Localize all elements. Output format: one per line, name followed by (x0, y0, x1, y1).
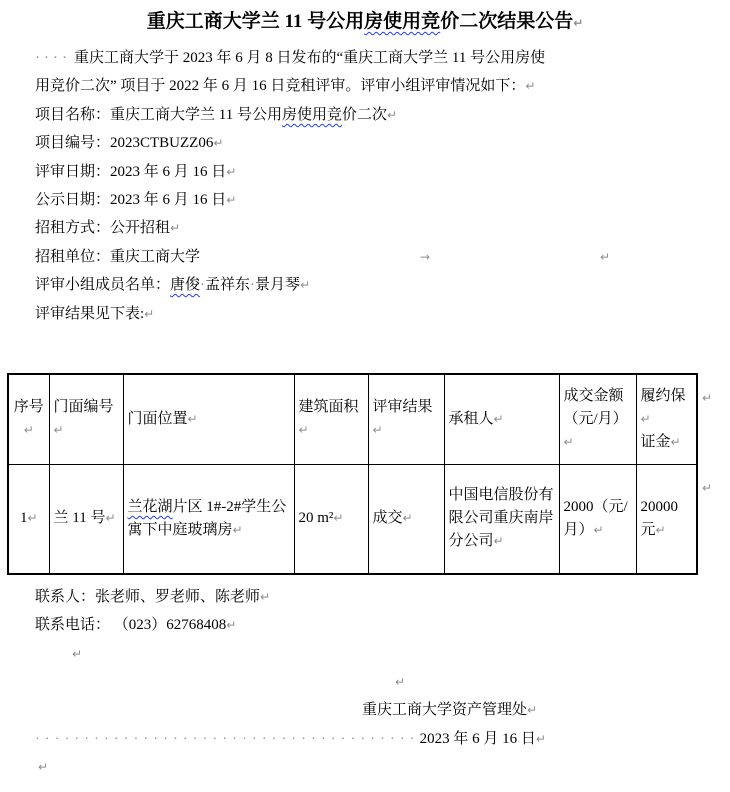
pilcrow-mark: ↵ (600, 243, 610, 271)
header-area-text: 建筑面积 (299, 399, 359, 415)
pilcrow-mark: ↵ (24, 423, 34, 437)
cell-result-text: 成交 (373, 510, 403, 526)
contact-phone-line: 联系电话： （023）62768408↵ (35, 611, 730, 639)
signoff-dept-text: 重庆工商大学资产管理处 (362, 702, 527, 718)
review-date-text: 评审日期：2023 年 6 月 16 日 (35, 164, 226, 180)
pilcrow-mark: ↵ (494, 534, 504, 548)
cell-seq: 1↵ (8, 464, 49, 574)
pilcrow-mark: ↵ (226, 618, 236, 632)
header-result-text: 评审结果 (373, 399, 433, 415)
pilcrow-mark: ↵ (105, 511, 115, 525)
result-table-wrap: 序号↵ 门面编号↵ 门面位置↵ 建筑面积↵ 评审结果↵ 承租人↵ 成交金额（元/… (7, 373, 696, 575)
pilcrow-mark: ↵ (333, 511, 343, 525)
cell-location: 兰花湖片区 1#-2#学生公寓下中庭玻璃房↵ (123, 464, 294, 574)
title-pre: 重庆工商大学兰 11 号公用 (147, 11, 364, 32)
pilcrow-mark: ↵ (373, 423, 383, 437)
header-location-text: 门面位置 (128, 411, 188, 427)
cell-shop-no: 兰 11 号↵ (49, 464, 123, 574)
pilcrow-mark: ↵ (656, 523, 666, 537)
members-label: 评审小组成员名单： (35, 277, 170, 293)
pilcrow-mark: ↵ (527, 703, 537, 717)
empty-paragraph: ↵ (7, 753, 730, 781)
intro-paragraph-line1: ····重庆工商大学于 2023 年 6 月 8 日发布的“重庆工商大学兰 11… (35, 44, 730, 72)
header-area: 建筑面积↵ (294, 374, 368, 465)
table-intro-line: 评审结果见下表:↵ (35, 300, 730, 328)
pilcrow-mark: ↵ (226, 193, 236, 207)
project-name-pre: 重庆工商大学兰 11 号公用 (110, 107, 282, 123)
publicity-date-text: 公示日期：2023 年 6 月 16 日 (35, 192, 226, 208)
pilcrow-mark: ↵ (233, 523, 243, 537)
field-review-date: 评审日期：2023 年 6 月 16 日↵ (35, 158, 730, 186)
pilcrow-mark: ↵ (395, 675, 405, 689)
intro-text-2: 用竞价二次” 项目于 2022 年 6 月 16 日竞租评审。评审小组评审情况如… (35, 78, 525, 94)
word-document-page: 重庆工商大学兰 11 号公用房使用竞价二次结果公告↵ ····重庆工商大学于 2… (0, 0, 730, 792)
empty-paragraph: ↵ (7, 668, 730, 696)
pilcrow-mark: ↵ (72, 647, 82, 661)
document-title: 重庆工商大学兰 11 号公用房使用竞价二次结果公告↵ (0, 0, 730, 44)
contact-person-text: 联系人：张老师、罗老师、陈老师 (35, 589, 260, 605)
pilcrow-mark: ↵ (213, 136, 223, 150)
title-wavy-spellcheck: 房使用竞 (364, 11, 440, 32)
row-end-mark: ↵ (702, 391, 712, 405)
pilcrow-mark: ↵ (38, 760, 48, 774)
header-amount-text: 成交金额（元/月） (564, 388, 628, 427)
cell-lessee: 中国电信股份有限公司重庆南岸分公司↵ (444, 464, 559, 574)
rent-method-text: 招租方式：公开招租 (35, 220, 170, 236)
member-name-wavy-spellcheck: 唐俊 (170, 277, 200, 293)
header-lessee-text: 承租人 (449, 411, 494, 427)
field-publicity-date: 公示日期：2023 年 6 月 16 日↵ (35, 186, 730, 214)
header-deposit-line2: 证金 (641, 434, 671, 450)
pilcrow-mark: ↵ (525, 79, 535, 93)
field-project-name: 项目名称：重庆工商大学兰 11 号公用房使用竞价二次↵ (35, 101, 730, 129)
linebreak-mark: ↵ (641, 412, 651, 426)
header-seq: 序号↵ (8, 374, 49, 465)
pilcrow-mark: ↵ (536, 725, 546, 753)
tab-mark: → (420, 243, 430, 271)
header-deposit-line1: 履约保 (641, 388, 686, 404)
pilcrow-mark: ↵ (671, 435, 681, 449)
cell-area-text: 20 m² (299, 510, 334, 526)
pilcrow-mark: ↵ (403, 511, 413, 525)
indent-space-marks: ···· (35, 50, 71, 66)
cell-area: 20 m²↵ (294, 464, 368, 574)
project-name-post: 价二次 (342, 107, 387, 123)
field-rent-method: 招租方式：公开招租↵ (35, 214, 730, 242)
location-wavy-spellcheck: 兰花湖 (128, 499, 173, 515)
member-name-3: 景月琴 (255, 277, 300, 293)
pilcrow-mark: ↵ (299, 423, 309, 437)
header-shop-no: 门面编号↵ (49, 374, 123, 465)
pilcrow-mark: ↵ (573, 16, 583, 30)
contact-block: 联系人：张老师、罗老师、陈老师↵ 联系电话： （023）62768408↵ (7, 583, 730, 640)
pilcrow-mark: ↵ (564, 435, 574, 449)
pilcrow-mark: ↵ (54, 423, 64, 437)
intro-text-1: 重庆工商大学于 2023 年 6 月 8 日发布的“重庆工商大学兰 11 号公用… (74, 50, 545, 66)
header-deposit: 履约保↵证金↵ (636, 374, 697, 465)
project-name-label: 项目名称： (35, 107, 110, 123)
field-rent-unit: 招租单位：重庆工商大学→↵ (35, 243, 730, 271)
empty-paragraph: ↵ (7, 640, 730, 668)
header-amount: 成交金额（元/月）↵ (559, 374, 636, 465)
table-intro-text: 评审结果见下表: (35, 306, 144, 322)
cell-result: 成交↵ (368, 464, 444, 574)
pilcrow-mark: ↵ (170, 221, 180, 235)
rent-unit-text: 招租单位：重庆工商大学 (35, 249, 200, 265)
title-post: 价二次结果公告 (440, 11, 573, 32)
pilcrow-mark: ↵ (260, 590, 270, 604)
header-location: 门面位置↵ (123, 374, 294, 465)
header-seq-text: 序号 (14, 399, 44, 415)
intro-paragraph-line2: 用竞价二次” 项目于 2022 年 6 月 16 日竞租评审。评审小组评审情况如… (35, 72, 730, 100)
contact-phone-text: 联系电话： （023）62768408 (35, 617, 226, 633)
cell-deposit: 20000 元↵ (636, 464, 697, 574)
pilcrow-mark: ↵ (188, 412, 198, 426)
project-no-text: 项目编号：2023CTBUZZ06 (35, 135, 213, 151)
header-lessee: 承租人↵ (444, 374, 559, 465)
signoff-date-text: 2023 年 6 月 16 日 (420, 725, 536, 753)
document-body: ····重庆工商大学于 2023 年 6 月 8 日发布的“重庆工商大学兰 11… (0, 44, 730, 782)
contact-person-line: 联系人：张老师、罗老师、陈老师↵ (35, 583, 730, 611)
pilcrow-mark: ↵ (144, 307, 154, 321)
leader-space-marks: ······································· (35, 726, 420, 754)
pilcrow-mark: ↵ (226, 165, 236, 179)
signoff-dept-line: 重庆工商大学资产管理处↵ (7, 696, 730, 724)
project-name-wavy-spellcheck: 房使用竞 (282, 107, 342, 123)
header-result: 评审结果↵ (368, 374, 444, 465)
row-end-mark: ↵ (702, 481, 712, 495)
header-shop-no-text: 门面编号 (54, 399, 114, 415)
pilcrow-mark: ↵ (494, 412, 504, 426)
cell-shop-no-text: 兰 11 号 (54, 510, 106, 526)
pilcrow-mark: ↵ (27, 511, 37, 525)
pilcrow-mark: ↵ (594, 523, 604, 537)
pilcrow-mark: ↵ (300, 278, 310, 292)
member-name-2: 孟祥东 (205, 277, 250, 293)
result-table: 序号↵ 门面编号↵ 门面位置↵ 建筑面积↵ 评审结果↵ 承租人↵ 成交金额（元/… (7, 373, 698, 575)
cell-amount: 2000（元/月）↵ (559, 464, 636, 574)
pilcrow-mark: ↵ (387, 108, 397, 122)
signoff-date-line: ·······································2… (35, 725, 730, 753)
field-project-no: 项目编号：2023CTBUZZ06↵ (35, 129, 730, 157)
table-data-row: 1↵ 兰 11 号↵ 兰花湖片区 1#-2#学生公寓下中庭玻璃房↵ 20 m²↵… (8, 464, 697, 574)
field-review-members: 评审小组成员名单：唐俊·孟祥东·景月琴↵ (35, 271, 730, 299)
table-header-row: 序号↵ 门面编号↵ 门面位置↵ 建筑面积↵ 评审结果↵ 承租人↵ 成交金额（元/… (8, 374, 697, 465)
